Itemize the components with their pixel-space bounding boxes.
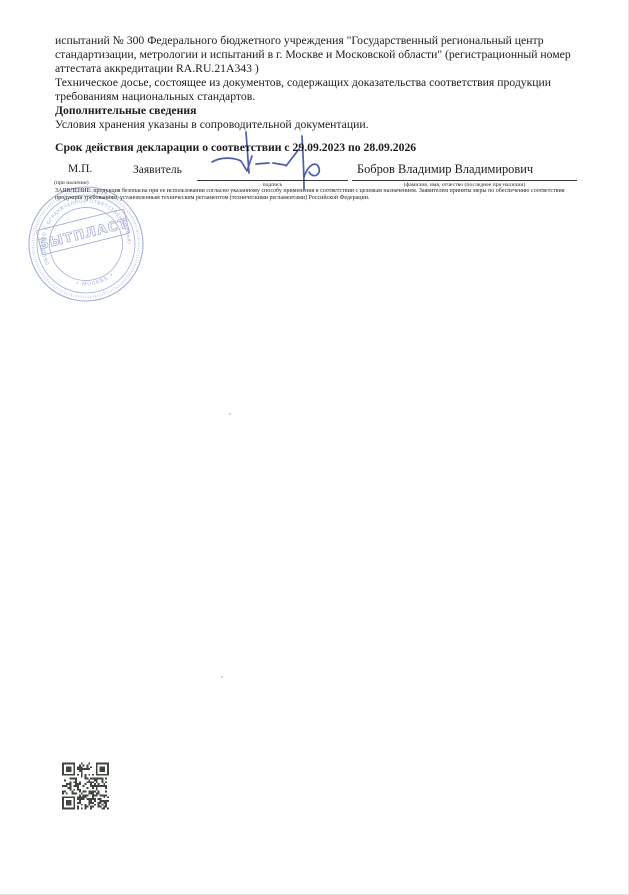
qr-code bbox=[62, 762, 109, 810]
additional-info-heading: Дополнительные сведения bbox=[55, 104, 579, 118]
body-line: Техническое досье, состоящее из документ… bbox=[55, 76, 579, 90]
body-line: аттестата аккредитации RA.RU.21A343 ) bbox=[55, 62, 579, 76]
name-line bbox=[352, 163, 577, 181]
applicant-label: Заявитель bbox=[133, 164, 182, 176]
scan-speck bbox=[229, 413, 231, 415]
document-page: испытаний № 300 Федерального бюджетного … bbox=[0, 0, 629, 895]
company-stamp-seal: ОБЩЕСТВО С ОГРАНИЧЕННОЙ ОТВЕТСТВЕННОСТЬЮ… bbox=[22, 183, 150, 305]
scan-speck bbox=[221, 676, 223, 678]
stamp-ring-text-bottom: • МОСКВА • bbox=[74, 271, 117, 291]
handwritten-signature bbox=[195, 125, 335, 200]
seal-place-label: М.П. bbox=[68, 163, 92, 175]
body-line: испытаний № 300 Федерального бюджетного … bbox=[55, 34, 579, 48]
body-line: требованиям национальных стандартов. bbox=[55, 90, 579, 104]
body-line: стандартизации, метрологии и испытаний в… bbox=[55, 48, 579, 62]
